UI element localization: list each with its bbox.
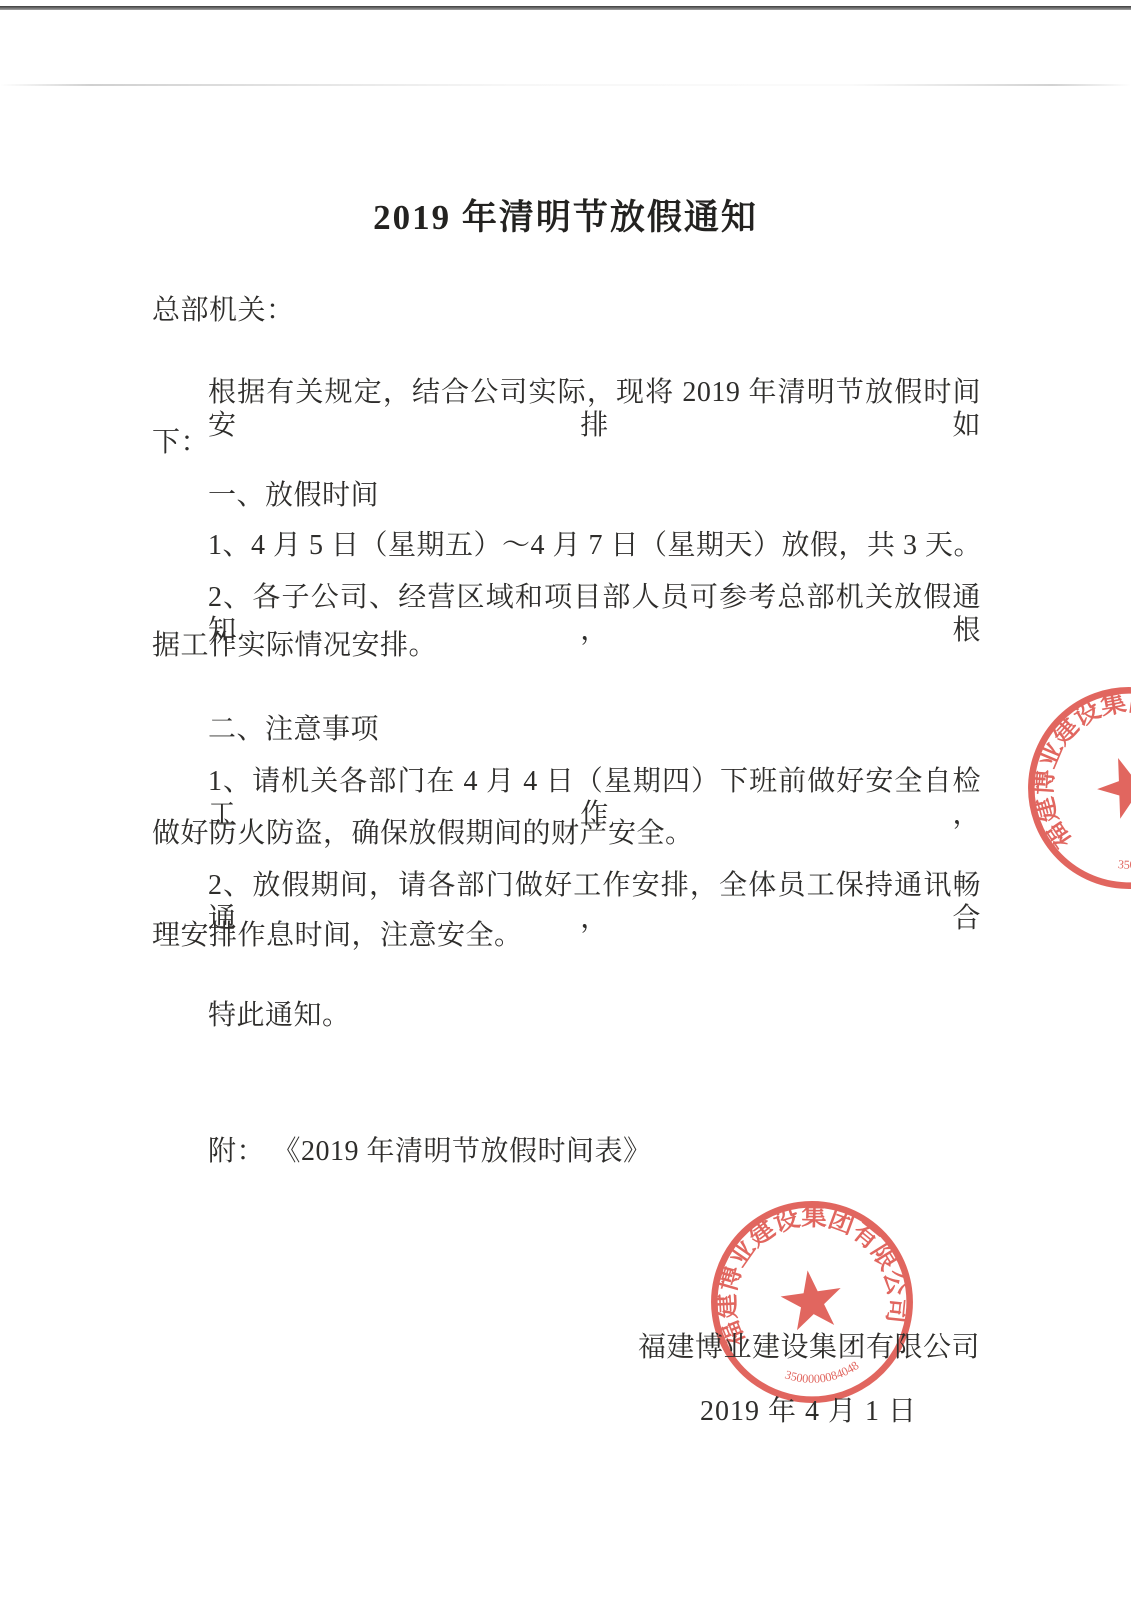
body-line: 1、4 月 5 日（星期五）～4 月 7 日（星期天）放假，共 3 天。 [152,529,981,562]
body-line: 理安排作息时间，注意安全。 [152,919,981,952]
section-heading: 二、注意事项 [152,713,981,746]
star-icon [778,1266,846,1332]
body-line: 做好防火防盗，确保放假期间的财产安全。 [152,817,981,850]
company-name: 福建博业建设集团有限公司 [638,1325,980,1365]
body-line: 下： [152,426,981,459]
attachment-line: 附： 《2019 年清明节放假时间表》 [152,1135,981,1168]
company-seal-stamp-main: 福建博业建设集团有限公司 3500000084048 [690,1180,934,1424]
svg-text:3500000084048: 3500000084048 [1113,832,1131,880]
company-seal-stamp-edge: 福建博业建设集团有限公司 3500000084048 [991,650,1131,927]
seal-code-text: 3500000084048 [1113,832,1131,880]
closing-line: 特此通知。 [152,999,981,1032]
scan-artifact-line-top [0,6,1131,10]
scanned-document-page: 福建博业建设集团有限公司 3500000084048 福建博业建设集团有限公司 … [0,0,1131,1600]
document-title: 2019 年清明节放假通知 [0,190,1131,240]
star-icon [1090,748,1131,823]
body-line: 据工作实际情况安排。 [152,629,981,662]
scan-artifact-line-faint [0,84,1131,86]
section-heading: 一、放假时间 [152,479,981,512]
salutation: 总部机关： [152,294,981,327]
signature-date: 2019 年 4 月 1 日 [638,1389,979,1429]
